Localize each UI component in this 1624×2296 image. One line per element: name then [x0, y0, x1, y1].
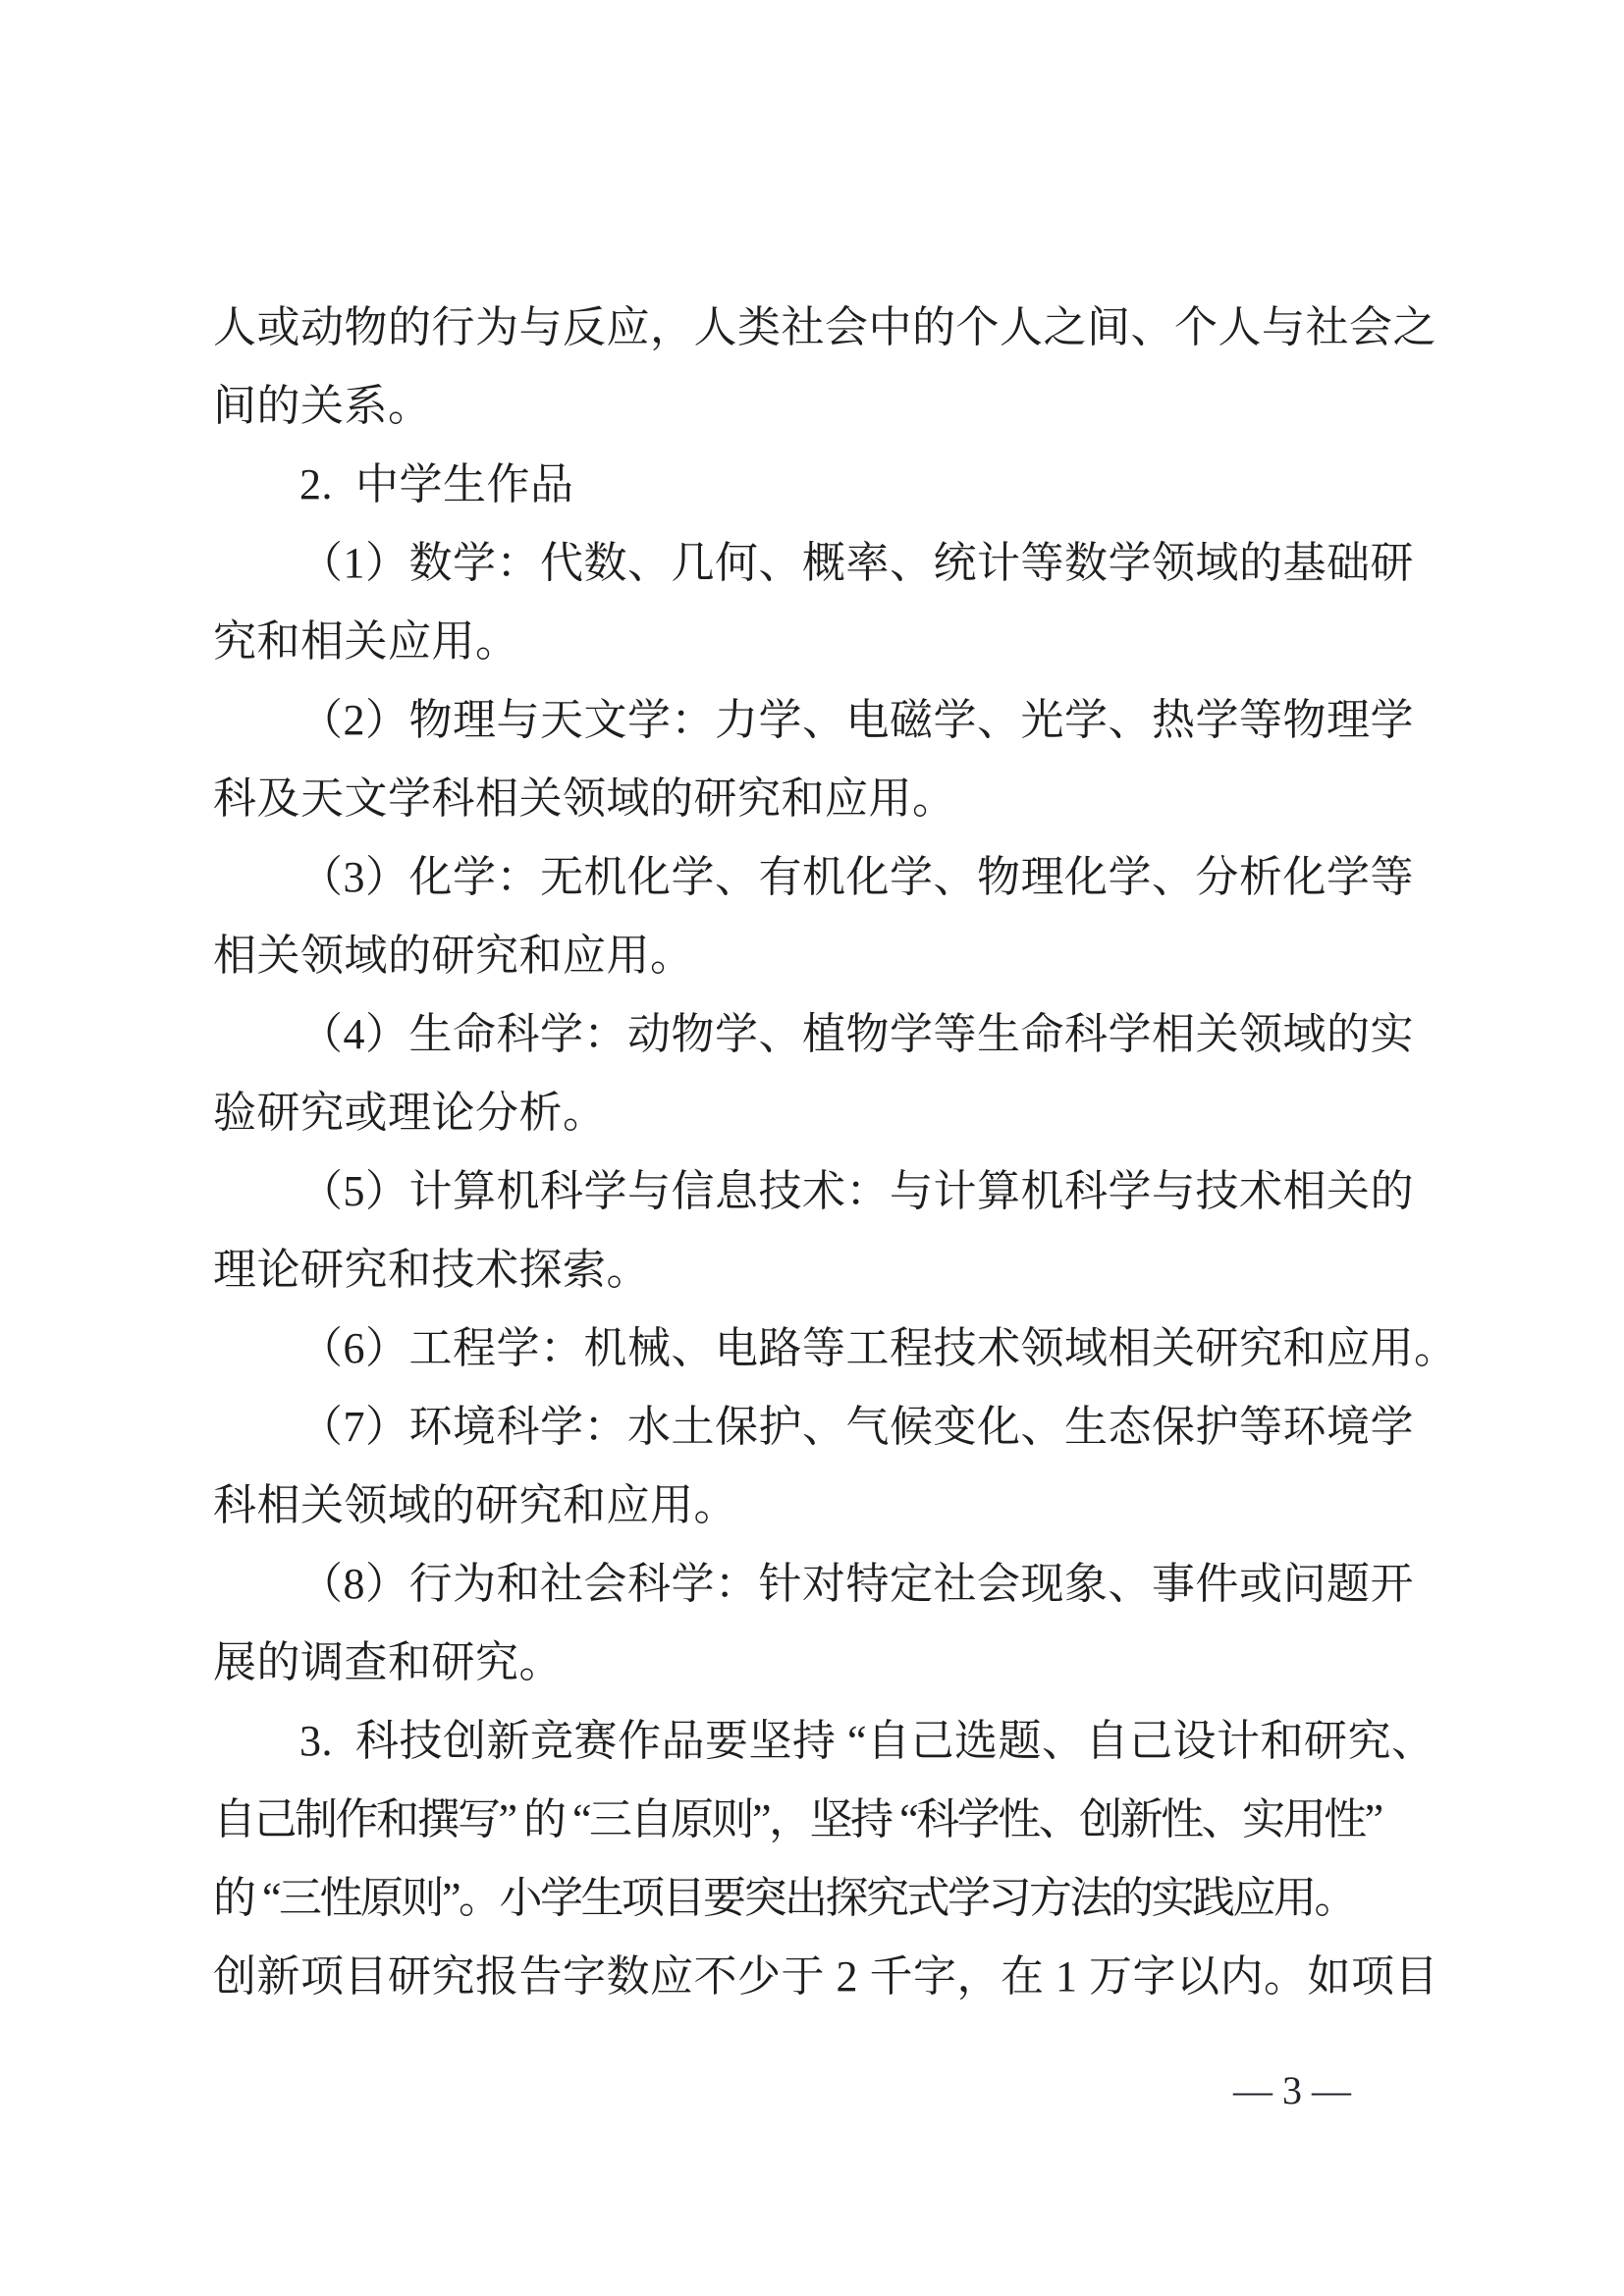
text-line: （3）化学：无机化学、有机化学、物理化学、分析化学等: [213, 838, 1470, 917]
text-line: （4）生命科学：动物学、植物学等生命科学相关领域的实: [213, 995, 1470, 1074]
text-line: 自己制作和撰写” 的 “三自原则”，坚持 “科学性、创新性、实用性”: [213, 1781, 1470, 1859]
text-line: 究和相关应用。: [213, 603, 1470, 681]
text-line: （8）行为和社会科学：针对特定社会现象、事件或问题开: [213, 1545, 1470, 1624]
text-line: 理论研究和技术探索。: [213, 1231, 1470, 1309]
text-line: （7）环境科学：水土保护、气候变化、生态保护等环境学: [213, 1388, 1470, 1467]
page-number: — 3 —: [1233, 2065, 1351, 2116]
text-line: （5）计算机科学与信息技术：与计算机科学与技术相关的: [213, 1152, 1470, 1231]
text-line: 3. 科技创新竞赛作品要坚持 “自己选题、自己设计和研究、: [213, 1702, 1470, 1781]
text-line: 验研究或理论分析。: [213, 1074, 1470, 1152]
text-line: 人或动物的行为与反应，人类社会中的个人之间、个人与社会之: [213, 289, 1470, 367]
document-page: 人或动物的行为与反应，人类社会中的个人之间、个人与社会之间的关系。2. 中学生作…: [0, 0, 1624, 2296]
text-line: 展的调查和研究。: [213, 1624, 1470, 1702]
text-line: 2. 中学生作品: [213, 446, 1470, 524]
text-line: （2）物理与天文学：力学、电磁学、光学、热学等物理学: [213, 681, 1470, 760]
text-line: 间的关系。: [213, 367, 1470, 446]
text-line: 相关领域的研究和应用。: [213, 917, 1470, 995]
text-line: 的 “三性原则”。小学生项目要突出探究式学习方法的实践应用。: [213, 1859, 1470, 1938]
text-line: 科相关领域的研究和应用。: [213, 1467, 1470, 1545]
text-line: 创新项目研究报告字数应不少于 2 千字，在 1 万字以内。如项目: [213, 1938, 1470, 2016]
body-text: 人或动物的行为与反应，人类社会中的个人之间、个人与社会之间的关系。2. 中学生作…: [213, 289, 1470, 2016]
text-line: （1）数学：代数、几何、概率、统计等数学领域的基础研: [213, 524, 1470, 603]
text-line: 科及天文学科相关领域的研究和应用。: [213, 760, 1470, 838]
text-line: （6）工程学：机械、电路等工程技术领域相关研究和应用。: [213, 1309, 1470, 1388]
